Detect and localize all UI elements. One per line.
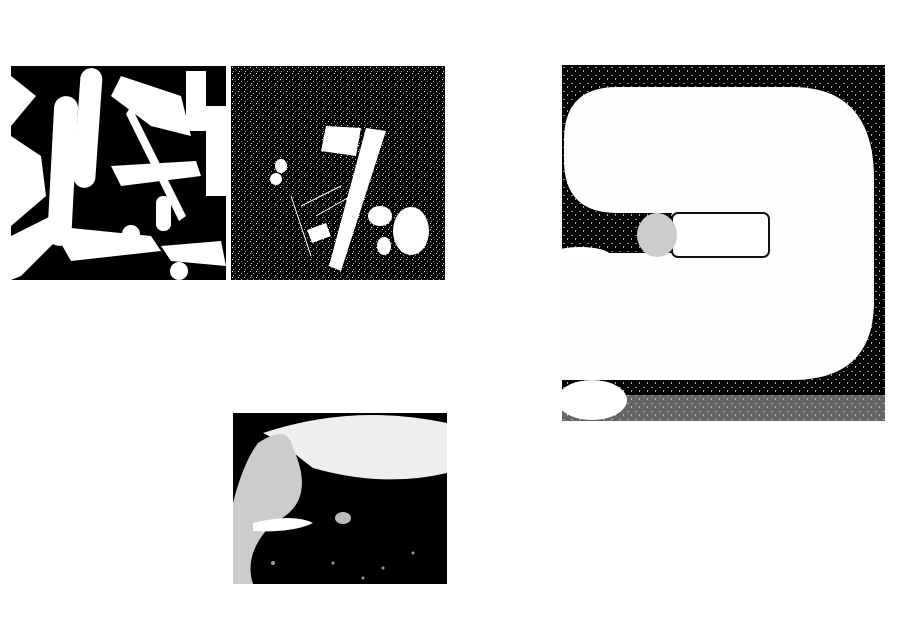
photo-fabric [233,413,447,584]
fabric-image [233,413,447,584]
photo-sticks [11,66,226,280]
photo-debris [231,66,445,280]
debris-image [231,66,445,280]
sticks-image [11,66,226,280]
shape-image [562,65,885,421]
photo-shape [562,65,885,421]
